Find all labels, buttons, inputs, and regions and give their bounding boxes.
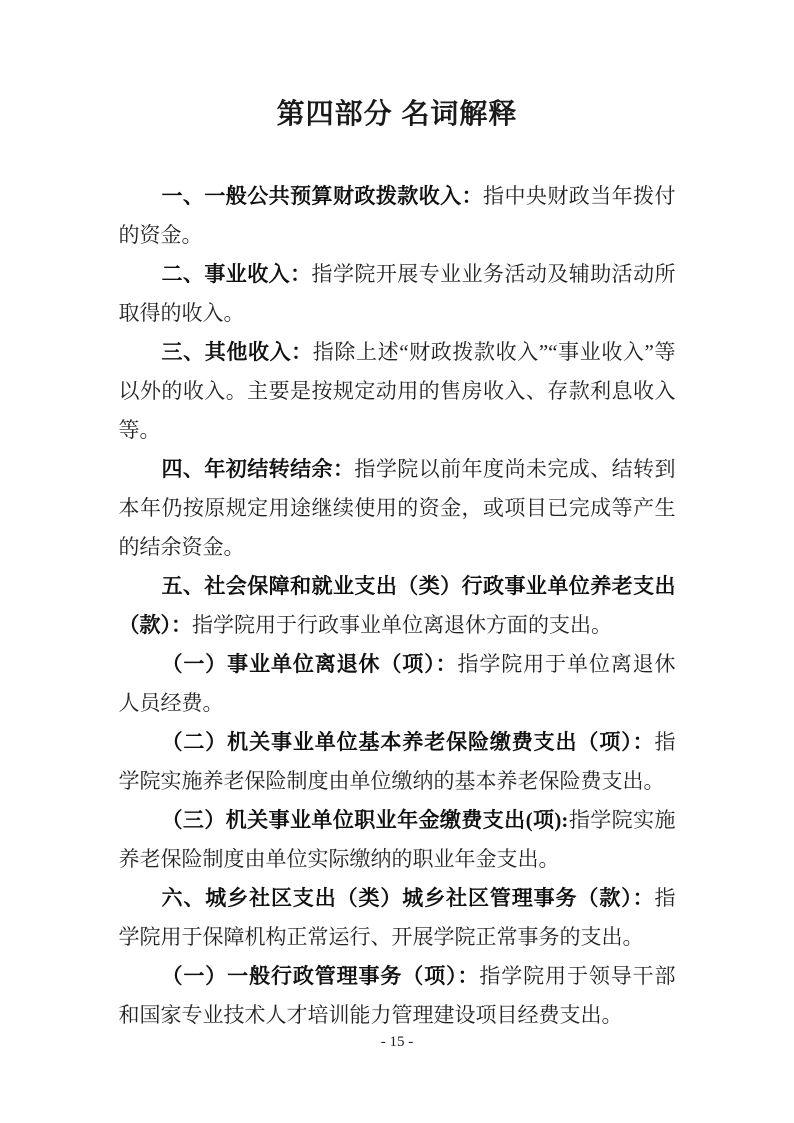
definition-paragraph: 二、事业收入：指学院开展专业业务活动及辅助活动所取得的收入。 <box>119 255 676 333</box>
page-title: 第四部分 名词解释 <box>0 0 794 131</box>
term-text: （一）一般行政管理事务（项）： <box>162 964 480 988</box>
term-text: 六、城乡社区支出（类）城乡社区管理事务（款）： <box>162 886 655 910</box>
definition-paragraph: （二）机关事业单位基本养老保险缴费支出（项）：指学院实施养老保险制度由单位缴纳的… <box>119 723 676 801</box>
definition-paragraph: （一）事业单位离退休（项）：指学院用于单位离退休人员经费。 <box>119 645 676 723</box>
term-text: 二、事业收入： <box>162 262 312 286</box>
term-text: （二）机关事业单位基本养老保险缴费支出（项）： <box>162 730 655 754</box>
definition-paragraph: 四、年初结转结余：指学院以前年度尚未完成、结转到本年仍按原规定用途继续使用的资金… <box>119 450 676 567</box>
term-text: （三）机关事业单位职业年金缴费支出(项): <box>162 808 569 832</box>
definition-paragraph: 一、一般公共预算财政拨款收入：指中央财政当年拨付的资金。 <box>119 177 676 255</box>
definition-paragraph: （一）一般行政管理事务（项）：指学院用于领导干部和国家专业技术人才培训能力管理建… <box>119 957 676 1035</box>
term-text: （一）事业单位离退休（项）： <box>162 652 458 676</box>
term-text: 三、其他收入： <box>162 340 313 364</box>
term-text: 一、一般公共预算财政拨款收入： <box>162 184 484 208</box>
definition-paragraph: 五、社会保障和就业支出（类）行政事业单位养老支出（款）：指学院用于行政事业单位离… <box>119 567 676 645</box>
document-page: 第四部分 名词解释 一、一般公共预算财政拨款收入：指中央财政当年拨付的资金。 二… <box>0 0 794 1123</box>
page-number: - 15 - <box>381 1034 414 1050</box>
definition-paragraph: 三、其他收入：指除上述“财政拨款收入”“事业收入”等以外的收入。主要是按规定动用… <box>119 333 676 450</box>
term-text: 四、年初结转结余： <box>162 457 355 481</box>
definition-paragraph: （三）机关事业单位职业年金缴费支出(项):指学院实施养老保险制度由单位实际缴纳的… <box>119 801 676 879</box>
definitions-section: 一、一般公共预算财政拨款收入：指中央财政当年拨付的资金。 二、事业收入：指学院开… <box>119 177 676 1035</box>
definition-paragraph: 六、城乡社区支出（类）城乡社区管理事务（款）：指学院用于保障机构正常运行、开展学… <box>119 879 676 957</box>
page-footer: - 15 - <box>0 1034 794 1051</box>
definition-text: 指学院用于行政事业单位离退休方面的支出。 <box>192 613 612 637</box>
